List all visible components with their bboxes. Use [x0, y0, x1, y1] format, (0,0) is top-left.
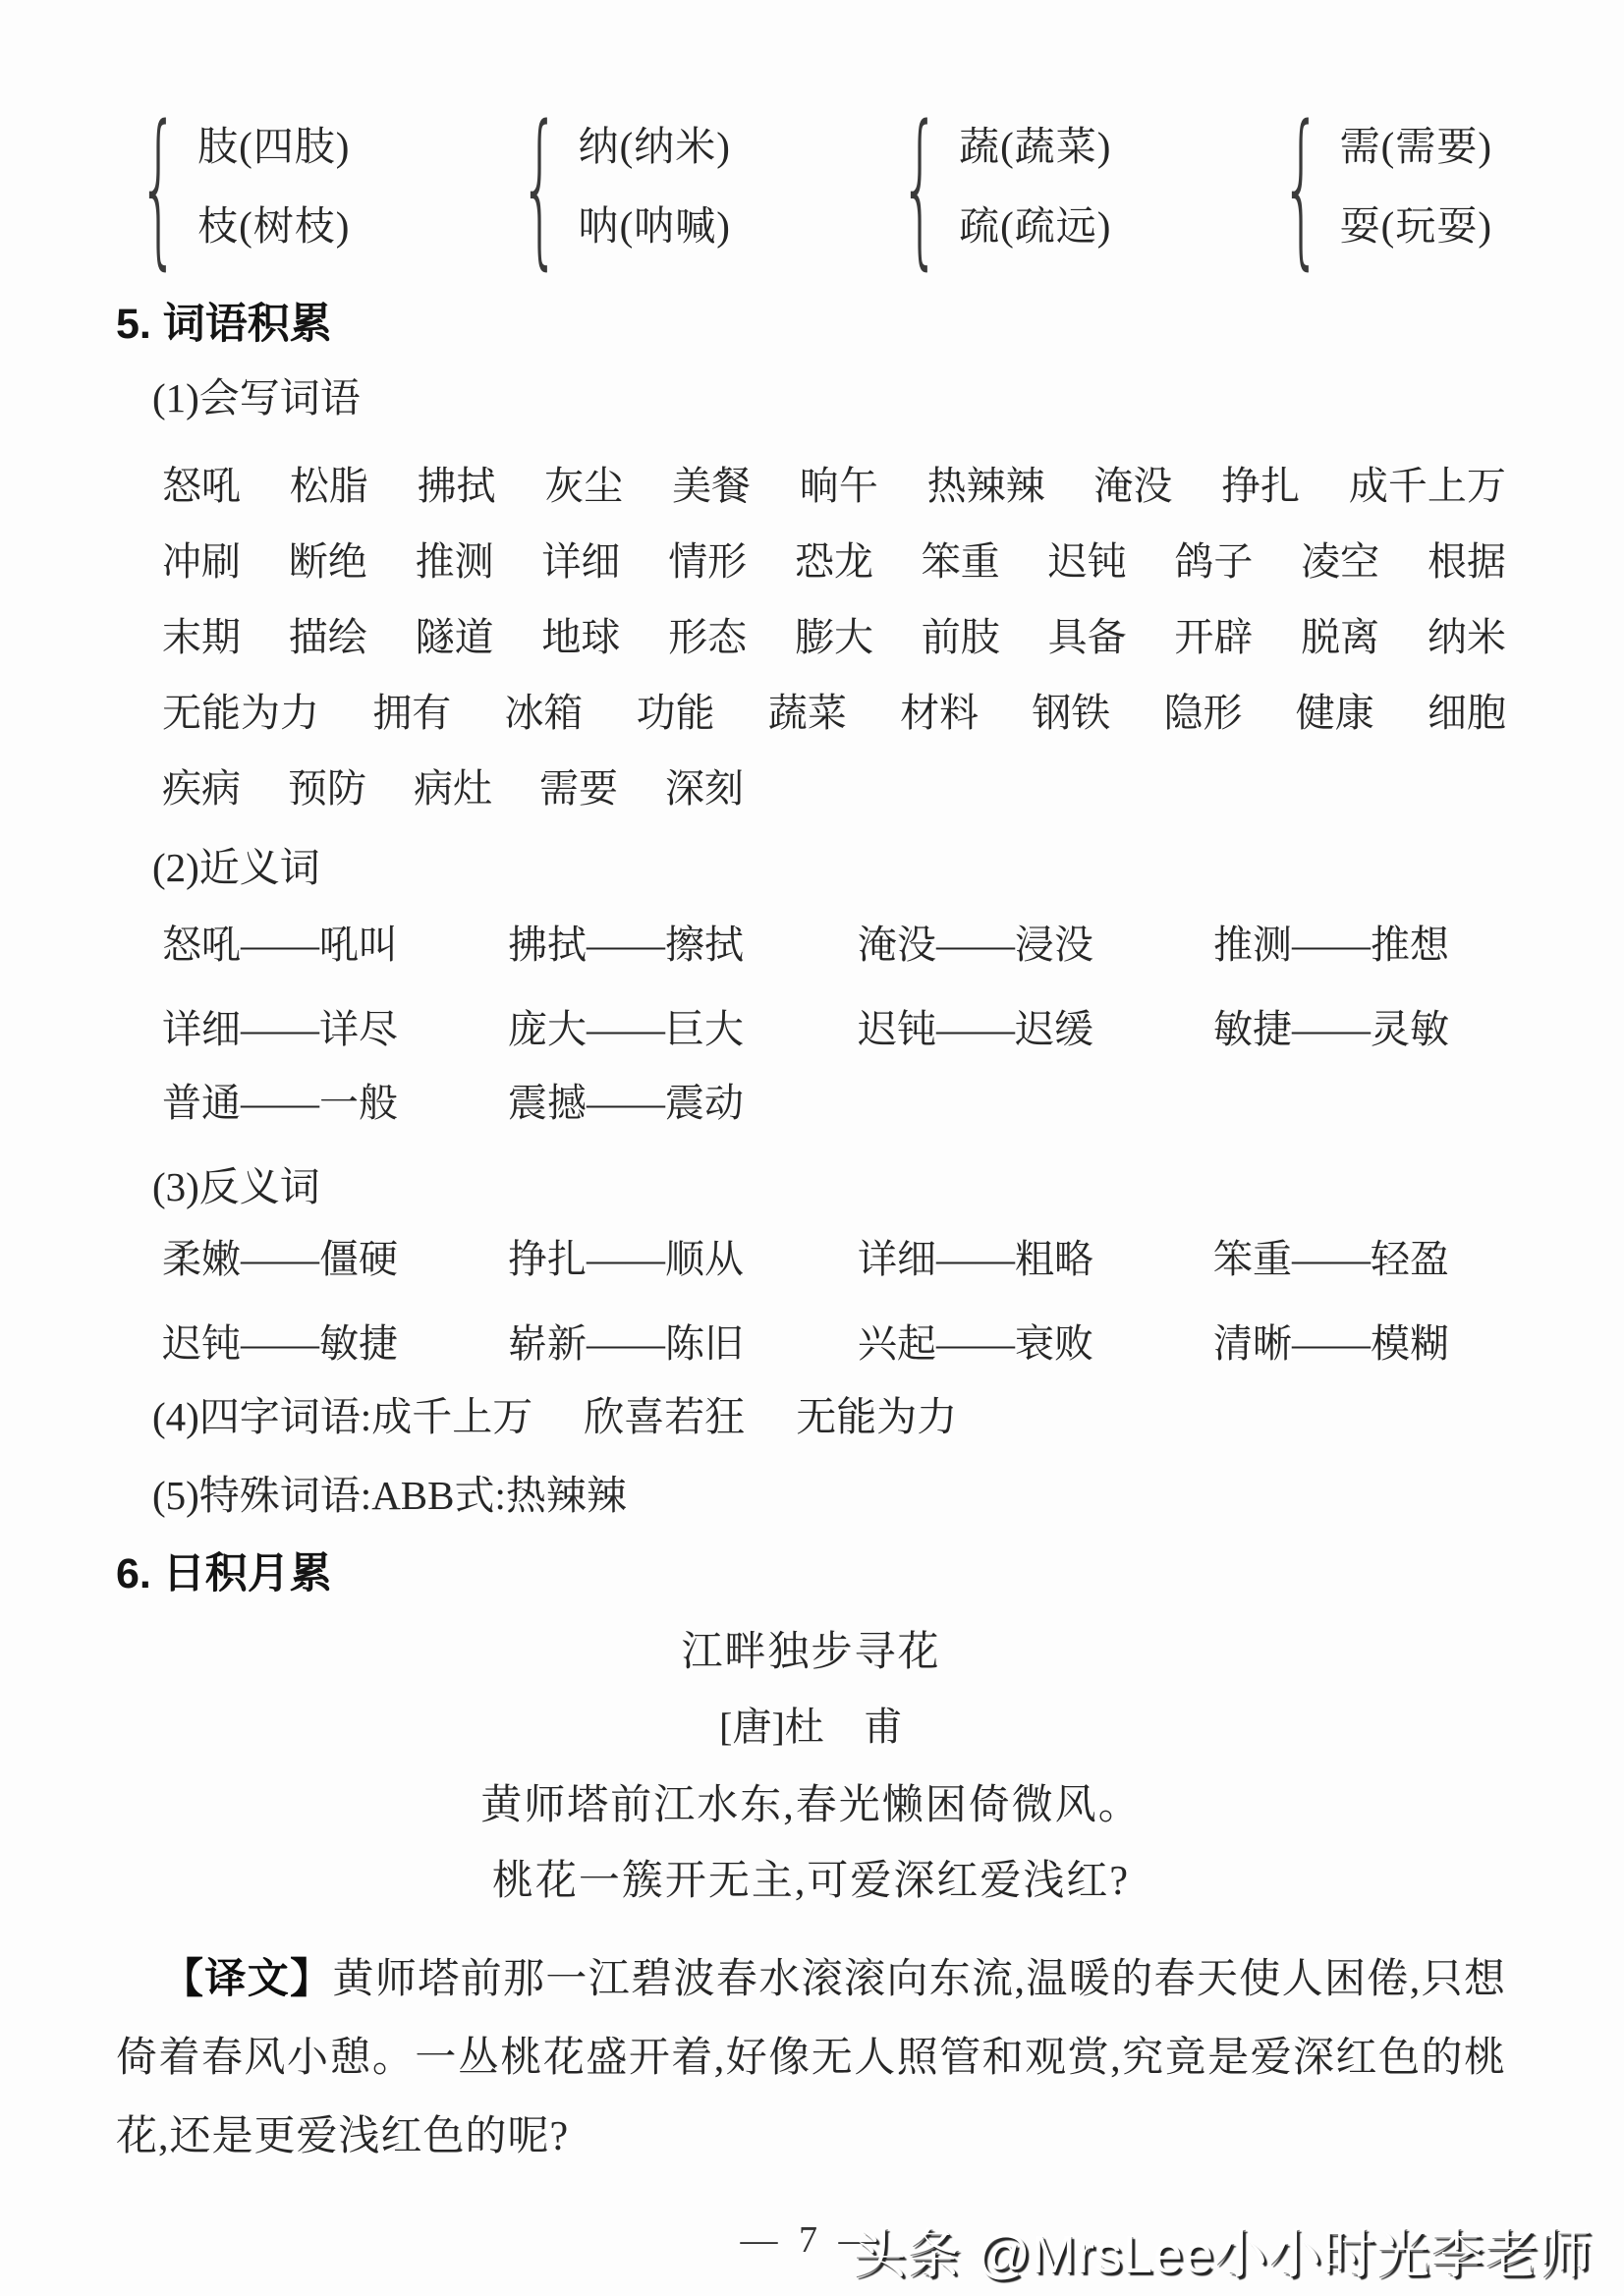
char-pair-bottom: 枝(树枝) — [197, 204, 350, 249]
poem-title: 江畔独步寻花 — [116, 1628, 1506, 1677]
char-pair-bottom: 疏(疏远) — [959, 204, 1111, 249]
brace-icon: { — [139, 102, 179, 270]
antonyms-label: (3)反义词 — [152, 1162, 1506, 1211]
word-item: 拥有 — [372, 689, 451, 738]
char-pair-top: 纳(纳米) — [579, 125, 731, 169]
word-item: 断绝 — [289, 537, 367, 587]
char-group-column: 需(需要) 耍(玩耍) — [1340, 125, 1492, 249]
word-item: 兴起——衰败 — [858, 1319, 1213, 1369]
word-item: 清晰——模糊 — [1213, 1319, 1506, 1369]
word-item: 松脂 — [290, 462, 368, 511]
char-group-zhi: { 肢(四肢) 枝(树枝) — [122, 125, 350, 249]
word-item: 怒吼 — [162, 462, 241, 511]
word-item: 冰箱 — [504, 689, 583, 738]
special-words-line: (5)特殊词语:ABB式:热辣辣 — [152, 1471, 1506, 1520]
poem-line: 黄师塔前江水东,春光懒困倚微风。 — [116, 1781, 1506, 1830]
word-item: 挣扎——顺从 — [508, 1235, 858, 1284]
word-item: 笨重——轻盈 — [1213, 1235, 1506, 1284]
word-item: 地球 — [541, 613, 620, 662]
word-item: 迟钝——敏捷 — [162, 1319, 508, 1369]
word-item: 健康 — [1296, 689, 1374, 738]
word-item: 淹没 — [1093, 462, 1172, 511]
word-item: 形态 — [668, 613, 747, 662]
word-item: 病灶 — [414, 764, 492, 813]
char-group-xu: { 需(需要) 耍(玩耍) — [1264, 125, 1492, 249]
word-item: 详细 — [541, 537, 620, 587]
word-item: 迟钝 — [1048, 537, 1127, 587]
word-item: 末期 — [162, 613, 241, 662]
brace-icon: { — [519, 102, 559, 270]
word-item: 欣喜若狂 — [584, 1392, 745, 1441]
translation-label: 【译文】 — [162, 1957, 333, 2002]
word-item: 功能 — [637, 689, 715, 738]
char-pair-bottom: 呐(呐喊) — [579, 204, 731, 249]
word-item: 柔嫩——僵硬 — [162, 1235, 508, 1284]
word-row: 疾病预防病灶需要深刻 — [162, 764, 1506, 813]
word-item: 根据 — [1428, 537, 1506, 587]
char-pair-top: 需(需要) — [1340, 125, 1492, 169]
word-row: 末期描绘隧道地球形态膨大前肢具备开辟脱离纳米 — [162, 613, 1506, 662]
word-item: 前肢 — [922, 613, 1000, 662]
word-item: 震撼——震动 — [508, 1079, 858, 1128]
word-item: 热辣辣 — [927, 462, 1045, 511]
word-row: 无能为力拥有冰箱功能蔬菜材料钢铁隐形健康细胞 — [162, 689, 1506, 738]
synonyms-label: (2)近义词 — [152, 843, 1506, 892]
word-item: 开辟 — [1174, 613, 1253, 662]
poem-author: [唐]杜 甫 — [116, 1703, 1506, 1752]
word-item: 崭新——陈旧 — [508, 1319, 858, 1369]
word-item: 隧道 — [416, 613, 494, 662]
word-item: 推测——推想 — [1213, 921, 1506, 970]
section-6-title: 6. 日积月累 — [116, 1549, 1506, 1598]
brace-icon: { — [900, 102, 940, 270]
word-item: 成千上万 — [1349, 462, 1506, 511]
word-item: 脱离 — [1301, 613, 1379, 662]
write-words-label: (1)会写词语 — [152, 373, 1506, 422]
word-item: 材料 — [900, 689, 979, 738]
word-item: 恐龙 — [795, 537, 873, 587]
word-item: 需要 — [539, 764, 618, 813]
word-item: 隐形 — [1164, 689, 1243, 738]
word-item: 怒吼——吼叫 — [162, 921, 508, 970]
synonym-row: 详细——详尽庞大——巨大迟钝——迟缓敏捷——灵敏 — [162, 1005, 1506, 1054]
word-item: 迟钝——迟缓 — [858, 1005, 1213, 1054]
brace-icon: { — [1280, 102, 1320, 270]
document-page: { 肢(四肢) 枝(树枝) { 纳(纳米) 呐(呐喊) { 蔬(蔬菜) 疏(疏远… — [0, 0, 1624, 2296]
char-pair-bottom: 耍(玩耍) — [1340, 204, 1492, 249]
word-item: 冲刷 — [162, 537, 241, 587]
word-item: 敏捷——灵敏 — [1213, 1005, 1506, 1054]
word-item: 细胞 — [1428, 689, 1506, 738]
word-item: 蔬菜 — [768, 689, 847, 738]
word-item: 推测 — [416, 537, 494, 587]
word-item: 凌空 — [1301, 537, 1379, 587]
word-row: 冲刷断绝推测详细情形恐龙笨重迟钝鸽子凌空根据 — [162, 537, 1506, 587]
synonym-row: 普通——一般震撼——震动 — [162, 1079, 1506, 1128]
watermark-text: 头条 @MrsLee小小时光李老师 — [853, 2212, 1593, 2288]
word-item: 淹没——浸没 — [858, 921, 1213, 970]
char-group-column: 纳(纳米) 呐(呐喊) — [579, 125, 731, 249]
word-item: 情形 — [668, 537, 747, 587]
word-item: 美餐 — [672, 462, 751, 511]
word-item: 鸽子 — [1174, 537, 1253, 587]
word-item: 笨重 — [922, 537, 1000, 587]
antonym-row: 柔嫩——僵硬挣扎——顺从详细——粗略笨重——轻盈 — [162, 1235, 1506, 1284]
word-item: 灰尘 — [544, 462, 623, 511]
write-words-block: 怒吼松脂拂拭灰尘美餐晌午热辣辣淹没挣扎成千上万 冲刷断绝推测详细情形恐龙笨重迟钝… — [162, 462, 1506, 813]
word-item: 疾病 — [162, 764, 241, 813]
word-item: 普通——一般 — [162, 1079, 508, 1128]
char-pair-top: 蔬(蔬菜) — [959, 125, 1111, 169]
antonym-row: 迟钝——敏捷崭新——陈旧兴起——衰败清晰——模糊 — [162, 1319, 1506, 1369]
four-char-words-line: (4)四字词语: 成千上万欣喜若狂无能为力 — [152, 1392, 1506, 1441]
four-char-items: 成千上万欣喜若狂无能为力 — [371, 1392, 957, 1441]
word-item: 描绘 — [289, 613, 367, 662]
word-row: 怒吼松脂拂拭灰尘美餐晌午热辣辣淹没挣扎成千上万 — [162, 462, 1506, 511]
word-item: 拂拭——擦拭 — [508, 921, 858, 970]
char-group-na: { 纳(纳米) 呐(呐喊) — [503, 125, 731, 249]
synonym-row: 怒吼——吼叫拂拭——擦拭淹没——浸没推测——推想 — [162, 921, 1506, 970]
poem-line: 桃花一簇开无主,可爱深红爱浅红? — [116, 1857, 1506, 1906]
poem-translation: 【译文】黄师塔前那一江碧波春水滚滚向东流,温暖的春天使人困倦,只想倚着春风小憩。… — [116, 1940, 1506, 2176]
word-item: 无能为力 — [796, 1392, 957, 1441]
word-item: 庞大——巨大 — [508, 1005, 858, 1054]
page-content: { 肢(四肢) 枝(树枝) { 纳(纳米) 呐(呐喊) { 蔬(蔬菜) 疏(疏远… — [116, 0, 1506, 2263]
char-group-shu: { 蔬(蔬菜) 疏(疏远) — [883, 125, 1111, 249]
word-item: 深刻 — [665, 764, 744, 813]
section-5-title: 5. 词语积累 — [116, 300, 1506, 349]
word-item: 纳米 — [1428, 613, 1506, 662]
word-item: 拂拭 — [418, 462, 496, 511]
word-item: 挣扎 — [1221, 462, 1300, 511]
word-item: 详细——详尽 — [162, 1005, 508, 1054]
word-item: 晌午 — [800, 462, 878, 511]
word-item: 钢铁 — [1032, 689, 1110, 738]
character-comparison-groups: { 肢(四肢) 枝(树枝) { 纳(纳米) 呐(呐喊) { 蔬(蔬菜) 疏(疏远… — [116, 98, 1506, 275]
char-pair-top: 肢(四肢) — [197, 125, 350, 169]
word-item: 预防 — [288, 764, 366, 813]
word-item: 具备 — [1048, 613, 1127, 662]
char-group-column: 蔬(蔬菜) 疏(疏远) — [959, 125, 1111, 249]
word-item: 成千上万 — [371, 1392, 532, 1441]
word-item: 膨大 — [795, 613, 873, 662]
word-item: 详细——粗略 — [858, 1235, 1213, 1284]
word-item: 无能为力 — [162, 689, 319, 738]
char-group-column: 肢(四肢) 枝(树枝) — [197, 125, 350, 249]
four-char-label: (4)四字词语: — [152, 1392, 371, 1441]
